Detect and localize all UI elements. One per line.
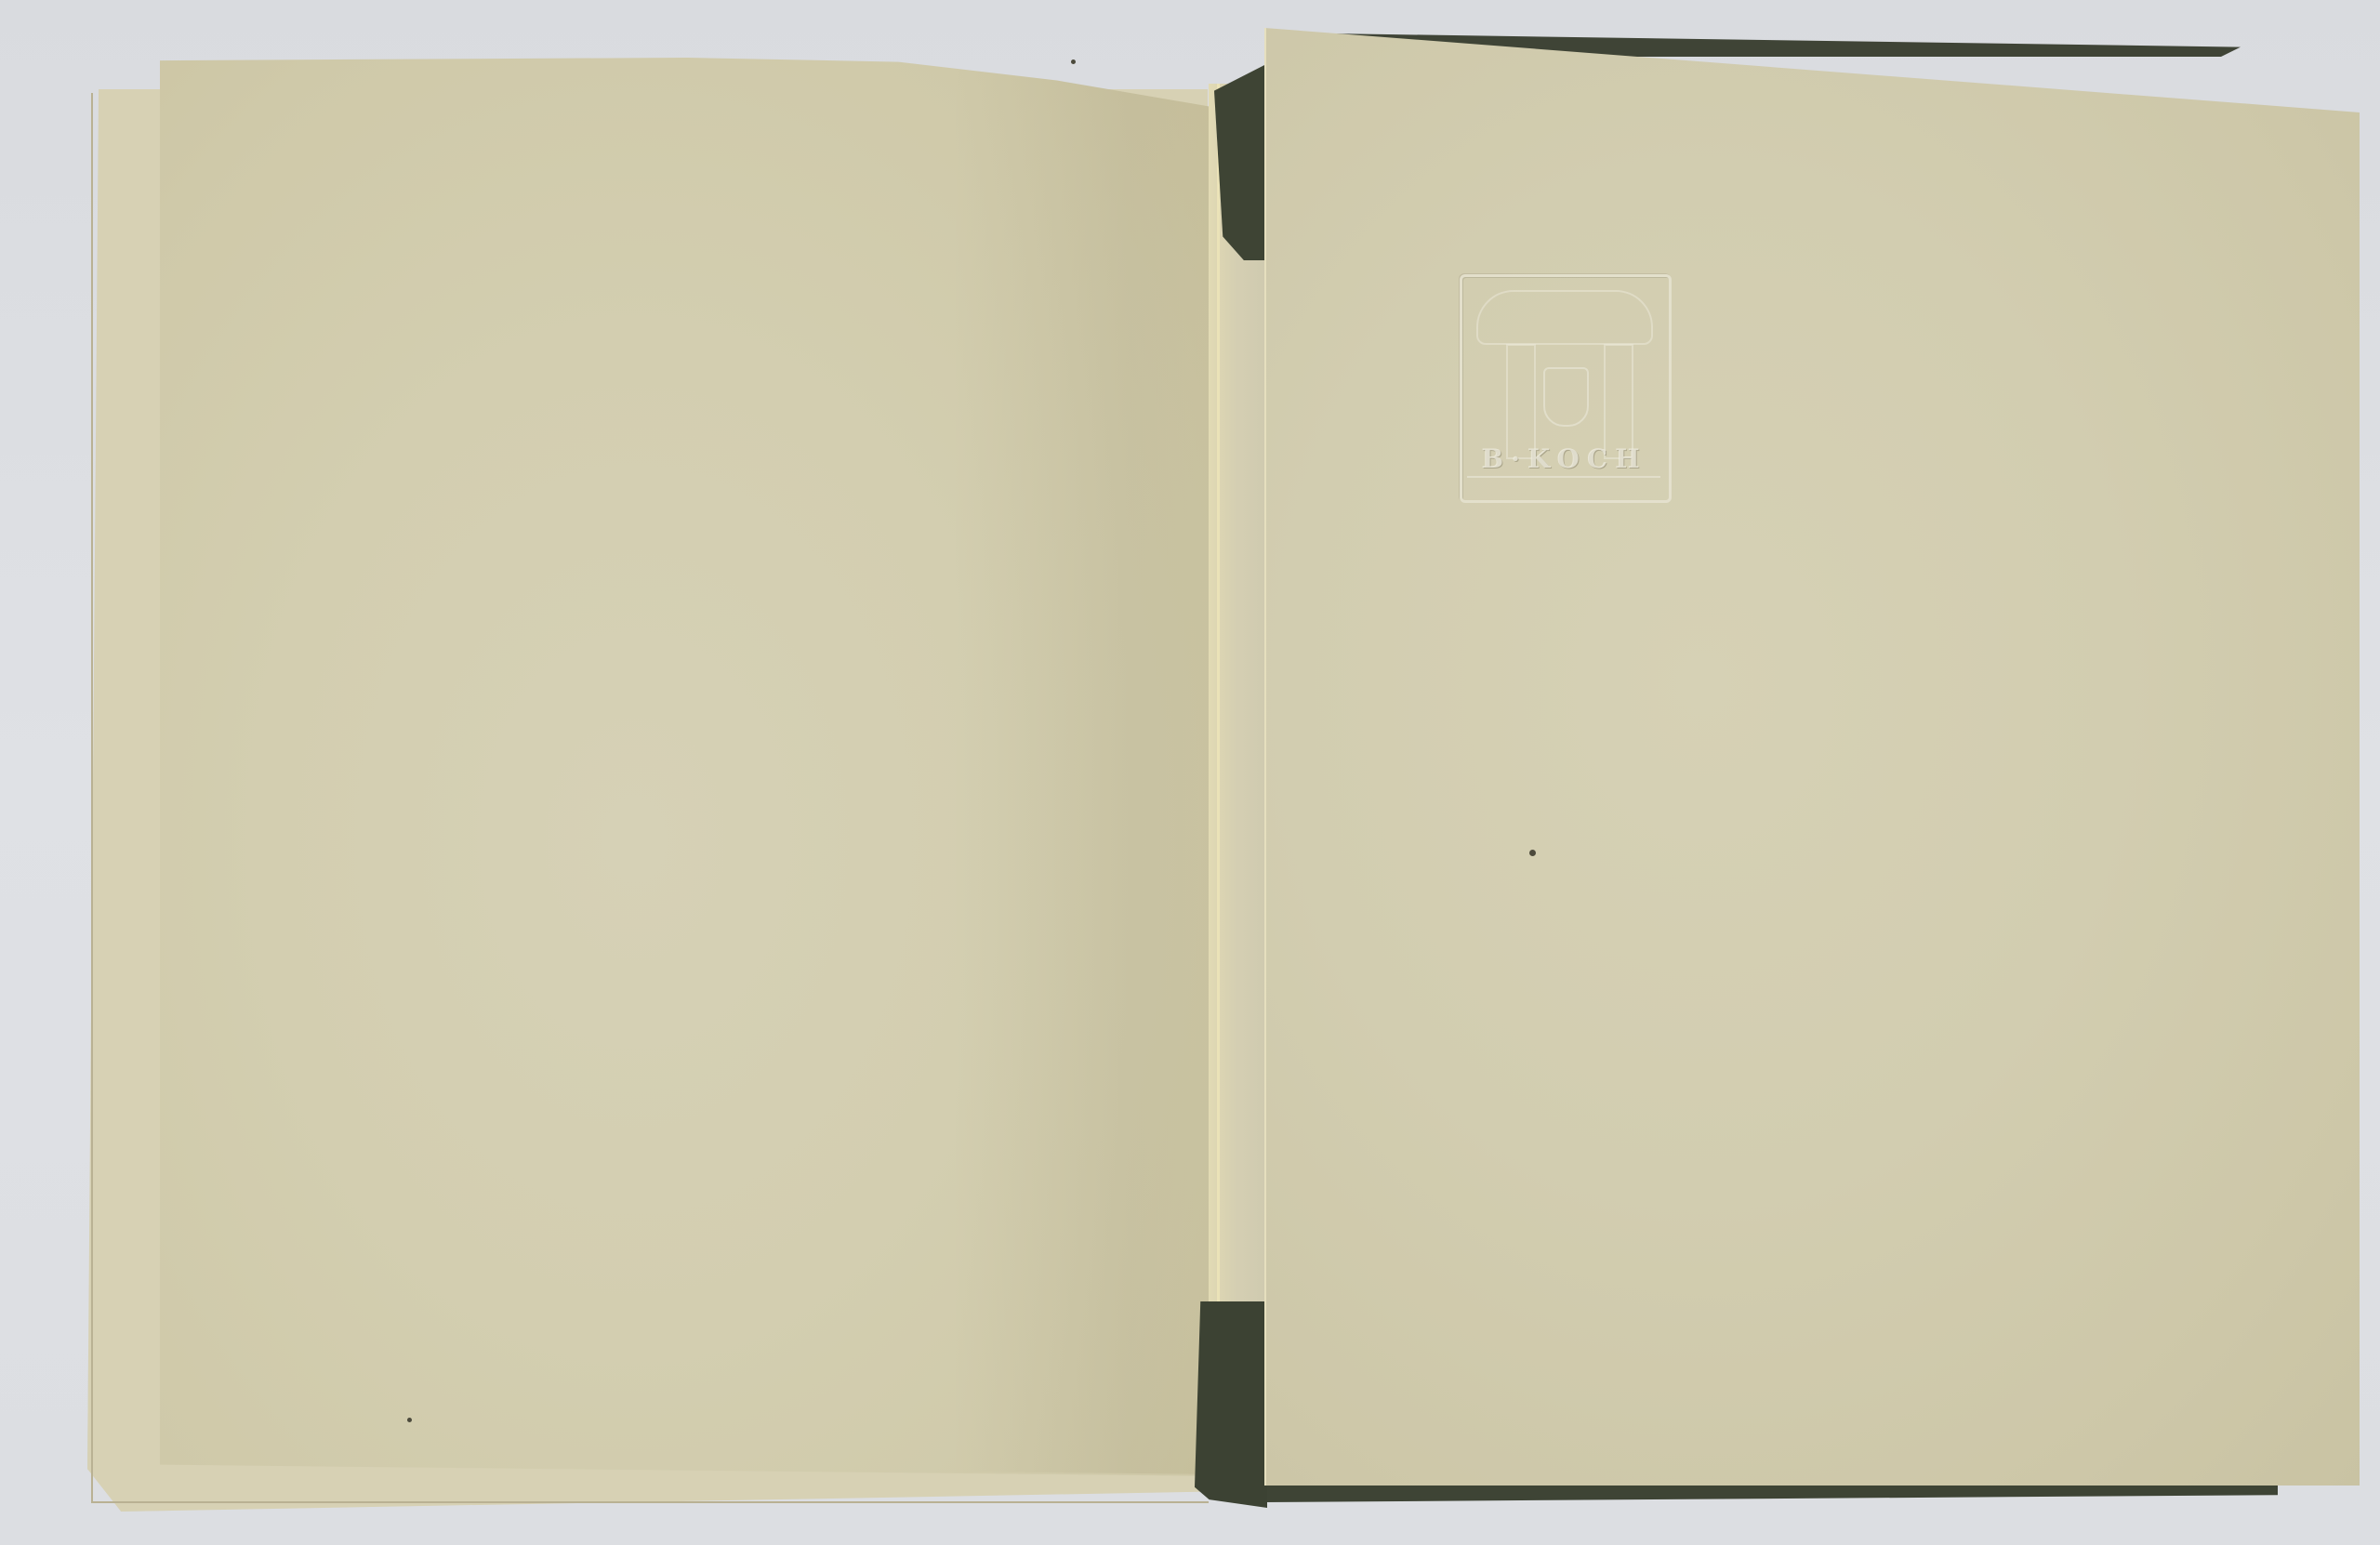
stamp-tower-left-icon <box>1506 344 1536 459</box>
paper-speck <box>1071 59 1076 64</box>
stamp-tower-right-icon <box>1604 344 1633 459</box>
spine-board-bottom <box>1195 1301 1267 1508</box>
stamp-label: B·KOCH <box>1474 444 1655 474</box>
stamp-base-line <box>1467 476 1660 478</box>
paper-speck <box>1529 850 1536 856</box>
gutter-fold-line <box>1217 84 1220 1478</box>
left-page <box>160 58 1215 1482</box>
right-page <box>1264 28 2360 1486</box>
paper-speck <box>407 1418 412 1422</box>
stamp-foliage-icon <box>1476 290 1653 345</box>
stamp-shield-icon <box>1543 367 1589 427</box>
